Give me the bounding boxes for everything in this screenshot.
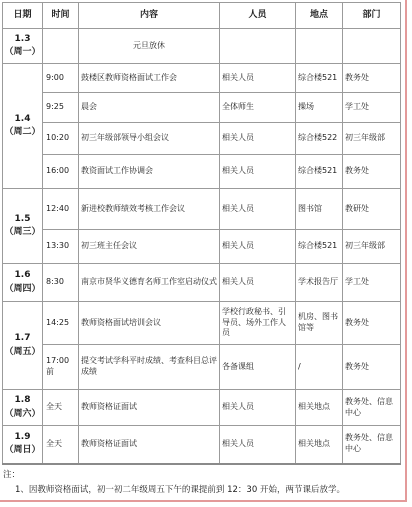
dept-cell: 教务处、信息中心 [343, 390, 401, 426]
header-place: 地点 [296, 3, 343, 29]
dept-cell: 教务处 [343, 64, 401, 93]
content-cell: 初三年级部领导小组会议 [79, 123, 220, 155]
print-area-line-vertical [405, 0, 407, 502]
table-row: 1.4（周二）9:00鼓楼区教师资格面试工作会相关人员综合楼521教务处 [3, 64, 401, 93]
place-cell: 综合楼521 [296, 230, 343, 264]
weekday-label: （周二） [3, 126, 42, 140]
time-cell [43, 29, 79, 64]
content-cell: 教师资格证面试 [79, 390, 220, 426]
table-row: 13:30初三班主任会议相关人员综合楼521初三年级部 [3, 230, 401, 264]
people-cell: 相关人员 [220, 264, 296, 302]
place-cell: 相关地点 [296, 390, 343, 426]
weekday-label: （周四） [3, 283, 42, 297]
dept-cell: 教务处 [343, 302, 401, 345]
table-row: 17:00 前提交考试学科平时成绩、考查科目总评成绩各备课组/教务处 [3, 345, 401, 390]
date-label: 1.3 [3, 33, 42, 47]
time-cell: 17:00 前 [43, 345, 79, 390]
place-cell: 综合楼521 [296, 64, 343, 93]
date-cell: 1.8（周六） [3, 390, 43, 426]
dept-cell: 教务处 [343, 345, 401, 390]
header-content: 内容 [79, 3, 220, 29]
note-item: 1、因教师资格面试，初一初二年级周五下午的课提前到 12：30 开始，两节课后放… [3, 483, 403, 498]
date-label: 1.9 [3, 431, 42, 445]
content-cell: 元旦放休 [79, 29, 220, 64]
header-date: 日期 [3, 3, 43, 29]
date-cell: 1.4（周二） [3, 64, 43, 189]
people-cell [220, 29, 296, 64]
content-cell: 初三班主任会议 [79, 230, 220, 264]
dept-cell: 教务处、信息中心 [343, 426, 401, 464]
table-body: 1.3（周一）元旦放休1.4（周二）9:00鼓楼区教师资格面试工作会相关人员综合… [3, 29, 401, 464]
time-cell: 8:30 [43, 264, 79, 302]
date-cell: 1.3（周一） [3, 29, 43, 64]
footnotes: 注： 1、因教师资格面试，初一初二年级周五下午的课提前到 12：30 开始，两节… [3, 468, 403, 499]
place-cell [296, 29, 343, 64]
dept-cell: 教务处 [343, 155, 401, 189]
content-cell: 教师资格面试培训会议 [79, 302, 220, 345]
table-row: 1.5（周三）12:40新进校教师绩效考核工作会议相关人员图书馆教研处 [3, 189, 401, 230]
place-cell: 学术报告厅 [296, 264, 343, 302]
content-cell: 提交考试学科平时成绩、考查科目总评成绩 [79, 345, 220, 390]
table-row: 1.3（周一）元旦放休 [3, 29, 401, 64]
weekday-label: （周一） [3, 46, 42, 60]
dept-cell: 学工处 [343, 93, 401, 123]
place-cell: 机房、图书馆等 [296, 302, 343, 345]
people-cell: 全体师生 [220, 93, 296, 123]
date-label: 1.6 [3, 269, 42, 283]
people-cell: 相关人员 [220, 189, 296, 230]
dept-cell: 初三年级部 [343, 230, 401, 264]
table-row: 10:20初三年级部领导小组会议相关人员综合楼522初三年级部 [3, 123, 401, 155]
time-cell: 13:30 [43, 230, 79, 264]
place-cell: 操场 [296, 93, 343, 123]
date-cell: 1.7（周五） [3, 302, 43, 390]
people-cell: 相关人员 [220, 390, 296, 426]
print-area-line-horizontal [0, 500, 407, 502]
time-cell: 9:00 [43, 64, 79, 93]
date-cell: 1.9（周日） [3, 426, 43, 464]
content-cell: 教资面试工作协调会 [79, 155, 220, 189]
dept-cell: 学工处 [343, 264, 401, 302]
table-header: 日期 时间 内容 人员 地点 部门 [3, 3, 401, 29]
date-cell: 1.6（周四） [3, 264, 43, 302]
time-cell: 9:25 [43, 93, 79, 123]
content-cell: 新进校教师绩效考核工作会议 [79, 189, 220, 230]
place-cell: / [296, 345, 343, 390]
weekday-label: （周六） [3, 408, 42, 422]
place-cell: 综合楼522 [296, 123, 343, 155]
table-row: 1.9（周日）全天教师资格证面试相关人员相关地点教务处、信息中心 [3, 426, 401, 464]
people-cell: 各备课组 [220, 345, 296, 390]
weekday-label: （周日） [3, 444, 42, 458]
date-cell: 1.5（周三） [3, 189, 43, 264]
dept-cell [343, 29, 401, 64]
place-cell: 综合楼521 [296, 155, 343, 189]
header-people: 人员 [220, 3, 296, 29]
time-cell: 10:20 [43, 123, 79, 155]
time-cell: 12:40 [43, 189, 79, 230]
place-cell: 图书馆 [296, 189, 343, 230]
date-label: 1.8 [3, 394, 42, 408]
people-cell: 相关人员 [220, 64, 296, 93]
time-cell: 16:00 [43, 155, 79, 189]
content-cell: 教师资格证面试 [79, 426, 220, 464]
people-cell: 相关人员 [220, 230, 296, 264]
date-label: 1.5 [3, 213, 42, 227]
weekday-label: （周三） [3, 226, 42, 240]
table-row: 9:25晨会全体师生操场学工处 [3, 93, 401, 123]
dept-cell: 教研处 [343, 189, 401, 230]
people-cell: 相关人员 [220, 123, 296, 155]
table-row: 1.6（周四）8:30南京市贤华义德育名师工作室启动仪式相关人员学术报告厅学工处 [3, 264, 401, 302]
table-row: 1.7（周五）14:25教师资格面试培训会议学校行政秘书、引导员、场外工作人员机… [3, 302, 401, 345]
time-cell: 全天 [43, 426, 79, 464]
date-label: 1.4 [3, 113, 42, 127]
content-cell: 鼓楼区教师资格面试工作会 [79, 64, 220, 93]
people-cell: 相关人员 [220, 155, 296, 189]
note-heading: 注： [3, 468, 403, 483]
weekday-label: （周五） [3, 346, 42, 360]
date-label: 1.7 [3, 332, 42, 346]
people-cell: 相关人员 [220, 426, 296, 464]
content-cell: 晨会 [79, 93, 220, 123]
time-cell: 14:25 [43, 302, 79, 345]
header-dept: 部门 [343, 3, 401, 29]
table-row: 16:00教资面试工作协调会相关人员综合楼521教务处 [3, 155, 401, 189]
table-row: 1.8（周六）全天教师资格证面试相关人员相关地点教务处、信息中心 [3, 390, 401, 426]
schedule-table: 日期 时间 内容 人员 地点 部门 1.3（周一）元旦放休1.4（周二）9:00… [2, 2, 401, 465]
time-cell: 全天 [43, 390, 79, 426]
dept-cell: 初三年级部 [343, 123, 401, 155]
place-cell: 相关地点 [296, 426, 343, 464]
header-time: 时间 [43, 3, 79, 29]
people-cell: 学校行政秘书、引导员、场外工作人员 [220, 302, 296, 345]
content-cell: 南京市贤华义德育名师工作室启动仪式 [79, 264, 220, 302]
header-row: 日期 时间 内容 人员 地点 部门 [3, 3, 401, 29]
